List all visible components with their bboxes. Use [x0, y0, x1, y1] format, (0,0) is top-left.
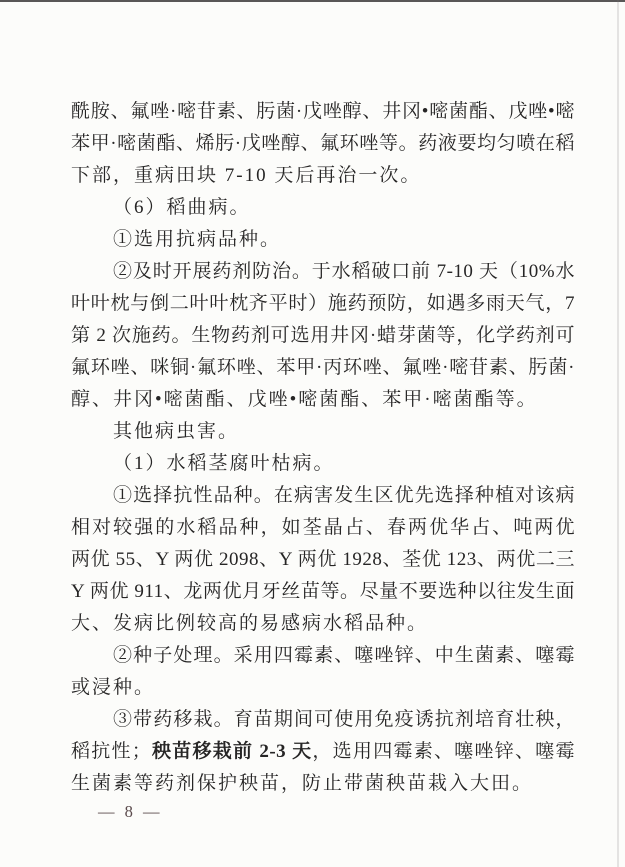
text-line: 或浸种。: [71, 672, 575, 704]
text-line: 醇、井冈•嘧菌酯、戊唑•嘧菌酯、苯甲·嘧菌酯等。: [71, 384, 575, 416]
bold-text-segment: 秧苗移栽前 2-3 天: [151, 741, 312, 762]
text-line: ②种子处理。采用四霉素、噻唑锌、中生菌素、噻霉酮拌种: [71, 640, 575, 672]
scan-top-edge: [0, 0, 625, 2]
text-line: Y 两优 911、龙两优月牙丝苗等。尽量不要选种以往发生面积较: [71, 576, 575, 608]
text-line: 酰胺、氟唑·嘧苷素、肟菌·戊唑醇、井冈•嘧菌酯、戊唑•嘧菌酯、: [71, 96, 575, 128]
text-line: ①选择抗性品种。在病害发生区优先选择种植对该病害抗性: [71, 480, 575, 512]
text-line: 相对较强的水稻品种，如荃晶占、春两优华占、吨两优 900、和: [71, 512, 575, 544]
text-line: 苯甲·嘧菌酯、烯肟·戊唑醇、氟环唑等。药液要均匀喷在稻株中: [71, 128, 575, 160]
text-segment: 稻抗性；: [71, 741, 151, 762]
scan-right-edge: [617, 0, 619, 867]
text-line: 稻抗性；秧苗移栽前 2-3 天，选用四霉素、噻唑锌、噻霉酮、中: [71, 736, 575, 768]
text-line: 下部，重病田块 7-10 天后再治一次。: [71, 160, 575, 192]
text-line: ②及时开展药剂防治。于水稻破口前 7-10 天（10%水稻剑: [71, 256, 575, 288]
text-line: ③带药移栽。育苗期间可使用免疫诱抗剂培育壮秧，提高水: [71, 704, 575, 736]
page-number: — 8 —: [98, 802, 163, 822]
document-page: 酰胺、氟唑·嘧苷素、肟菌·戊唑醇、井冈•嘧菌酯、戊唑•嘧菌酯、 苯甲·嘧菌酯、烯…: [0, 0, 625, 867]
text-line: 两优 55、Y 两优 2098、Y 两优 1928、荃优 123、两优二三丝苗、: [71, 544, 575, 576]
text-line: 其他病虫害。: [71, 416, 575, 448]
text-line: 叶叶枕与倒二叶叶枕齐平时）施药预防，如遇多雨天气，7 天后: [71, 288, 575, 320]
text-line: 氟环唑、咪铜·氟环唑、苯甲·丙环唑、氟唑·嘧苷素、肟菌·戊唑: [71, 352, 575, 384]
text-line: 大、发病比例较高的易感病水稻品种。: [71, 608, 575, 640]
text-line: ①选用抗病品种。: [71, 224, 575, 256]
text-line: （6）稻曲病。: [71, 192, 575, 224]
text-line: （1）水稻茎腐叶枯病。: [71, 448, 575, 480]
text-line: 生菌素等药剂保护秧苗，防止带菌秧苗栽入大田。: [71, 768, 575, 800]
body-text: 酰胺、氟唑·嘧苷素、肟菌·戊唑醇、井冈•嘧菌酯、戊唑•嘧菌酯、 苯甲·嘧菌酯、烯…: [71, 96, 575, 800]
text-line: 第 2 次施药。生物药剂可选用井冈·蜡芽菌等，化学药剂可选用: [71, 320, 575, 352]
